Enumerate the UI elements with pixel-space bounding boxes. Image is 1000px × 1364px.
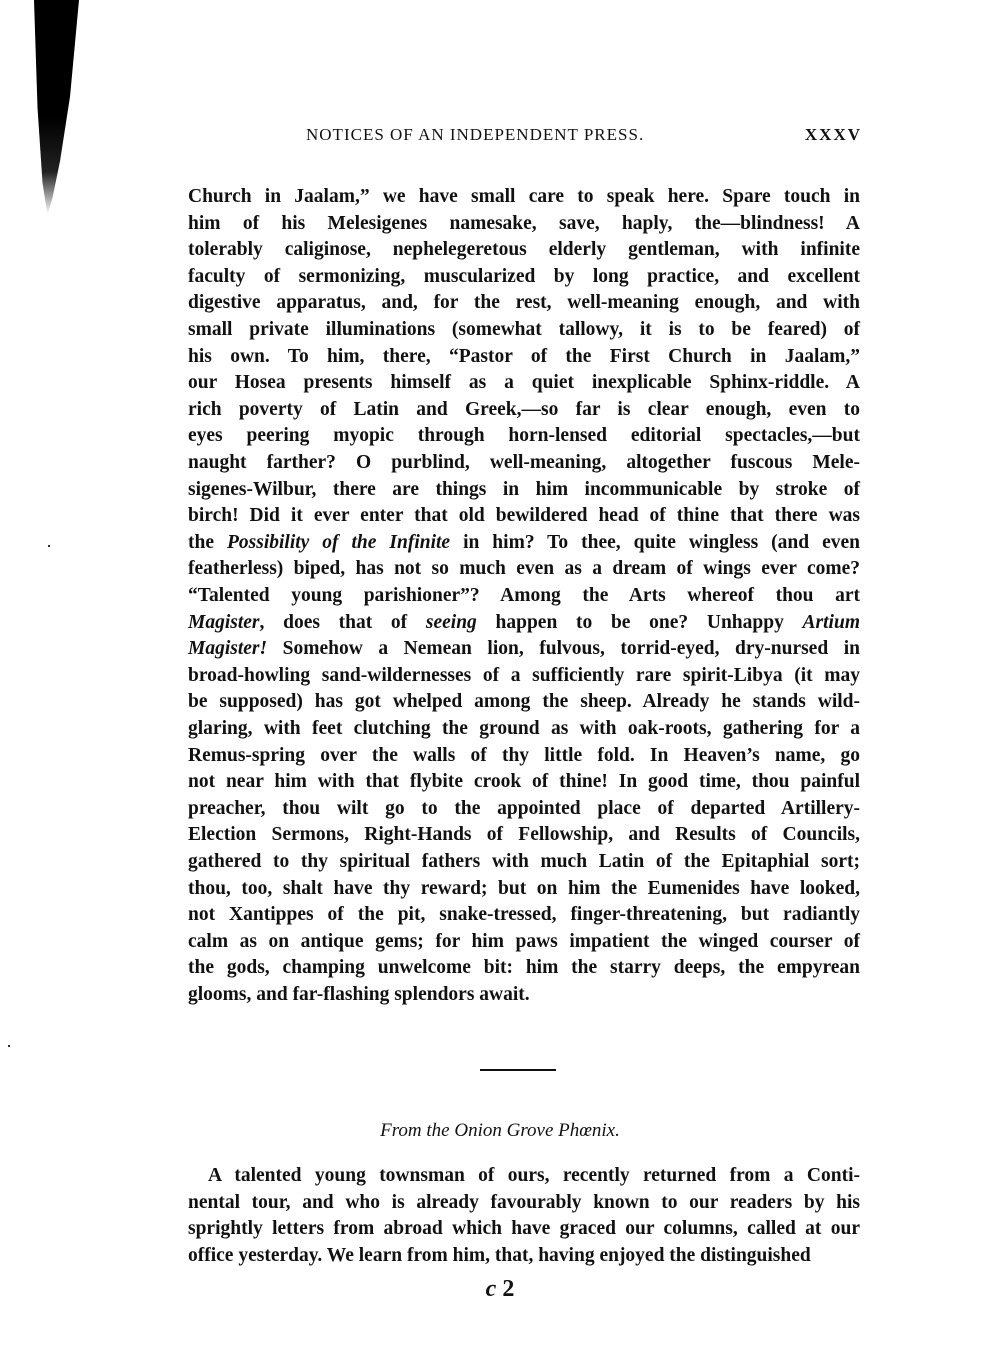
- text-line: eyes peering myopic through horn-lensed …: [188, 423, 860, 449]
- text-line: thou, too, shalt have thy reward; but on…: [188, 876, 860, 902]
- text-line: be supposed) has got whelped among the s…: [188, 689, 860, 715]
- text-line: office yesterday. We learn from him, tha…: [188, 1243, 860, 1269]
- text-line: him of his Melesigenes namesake, save, h…: [188, 211, 860, 237]
- section-divider: [480, 1069, 556, 1071]
- italic-phrase: Artium: [803, 612, 860, 633]
- running-title: NOTICES OF AN INDEPENDENT PRESS.: [306, 125, 644, 145]
- signature-letter: c: [486, 1276, 497, 1302]
- italic-phrase: Magister!: [188, 638, 267, 659]
- text-line: naught farther? O purblind, well-meaning…: [188, 450, 860, 476]
- text-line: Remus-spring over the walls of thy littl…: [188, 743, 860, 769]
- text-run: happen to be one? Unhappy: [477, 612, 803, 633]
- italic-phrase: Possibility of the Infinite: [227, 532, 450, 553]
- text-line: digestive apparatus, and, for the rest, …: [188, 290, 860, 316]
- text-line: Magister, does that of seeing happen to …: [188, 610, 860, 636]
- italic-phrase: Magister: [188, 612, 260, 633]
- text-line: Election Sermons, Right-Hands of Fellows…: [188, 822, 860, 848]
- text-run: the: [188, 532, 227, 553]
- text-line: faculty of sermonizing, muscularized by …: [188, 264, 860, 290]
- text-line: the gods, champing unwelcome bit: him th…: [188, 955, 860, 981]
- book-page: NOTICES OF AN INDEPENDENT PRESS. XXXV Ch…: [0, 0, 1000, 1364]
- text-line: small private illuminations (somewhat ta…: [188, 317, 860, 343]
- text-line: broad-howling sand-wildernesses of a suf…: [188, 663, 860, 689]
- text-line: preacher, thou wilt go to the appointed …: [188, 796, 860, 822]
- stray-mark: [8, 1045, 10, 1047]
- text-line: “Talented young parishioner”? Among the …: [188, 583, 860, 609]
- text-line: tolerably caliginose, nephelegeretous el…: [188, 237, 860, 263]
- text-line: sprightly letters from abroad which have…: [188, 1216, 860, 1242]
- text-line: sigenes-Wilbur, there are things in him …: [188, 477, 860, 503]
- text-line: nental tour, and who is already favourab…: [188, 1190, 860, 1216]
- stray-mark: [48, 545, 50, 547]
- text-line: calm as on antique gems; for him paws im…: [188, 929, 860, 955]
- italic-phrase: seeing: [426, 612, 477, 633]
- section-heading: From the Onion Grove Phœnix.: [0, 1120, 1000, 1142]
- text-line: Church in Jaalam,” we have small care to…: [188, 184, 860, 210]
- text-run: Somehow a Nemean lion, fulvous, torrid-e…: [267, 638, 860, 659]
- text-line: the Possibility of the Infinite in him? …: [188, 530, 860, 556]
- text-line: Magister! Somehow a Nemean lion, fulvous…: [188, 636, 860, 662]
- text-run: in him? To thee, quite wingless (and eve…: [450, 532, 860, 553]
- scan-binding-shadow: [30, 0, 80, 215]
- printer-signature: c 2: [0, 1276, 1000, 1303]
- text-line: birch! Did it ever enter that old bewild…: [188, 503, 860, 529]
- running-header: NOTICES OF AN INDEPENDENT PRESS. XXXV: [306, 125, 862, 149]
- signature-number: 2: [502, 1276, 514, 1302]
- text-line: our Hosea presents himself as a quiet in…: [188, 370, 860, 396]
- text-line: glaring, with feet clutching the ground …: [188, 716, 860, 742]
- text-line: featherless) biped, has not so much even…: [188, 556, 860, 582]
- text-line: his own. To him, there, “Pastor of the F…: [188, 344, 860, 370]
- page-number: XXXV: [805, 125, 862, 145]
- text-run: , does that of: [260, 612, 426, 633]
- text-line: A talented young townsman of ours, recen…: [208, 1163, 860, 1189]
- text-line: rich poverty of Latin and Greek,—so far …: [188, 397, 860, 423]
- text-line: not Xantippes of the pit, snake-tressed,…: [188, 902, 860, 928]
- text-line: glooms, and far-flashing splendors await…: [188, 982, 860, 1008]
- text-line: not near him with that flybite crook of …: [188, 769, 860, 795]
- text-line: gathered to thy spiritual fathers with m…: [188, 849, 860, 875]
